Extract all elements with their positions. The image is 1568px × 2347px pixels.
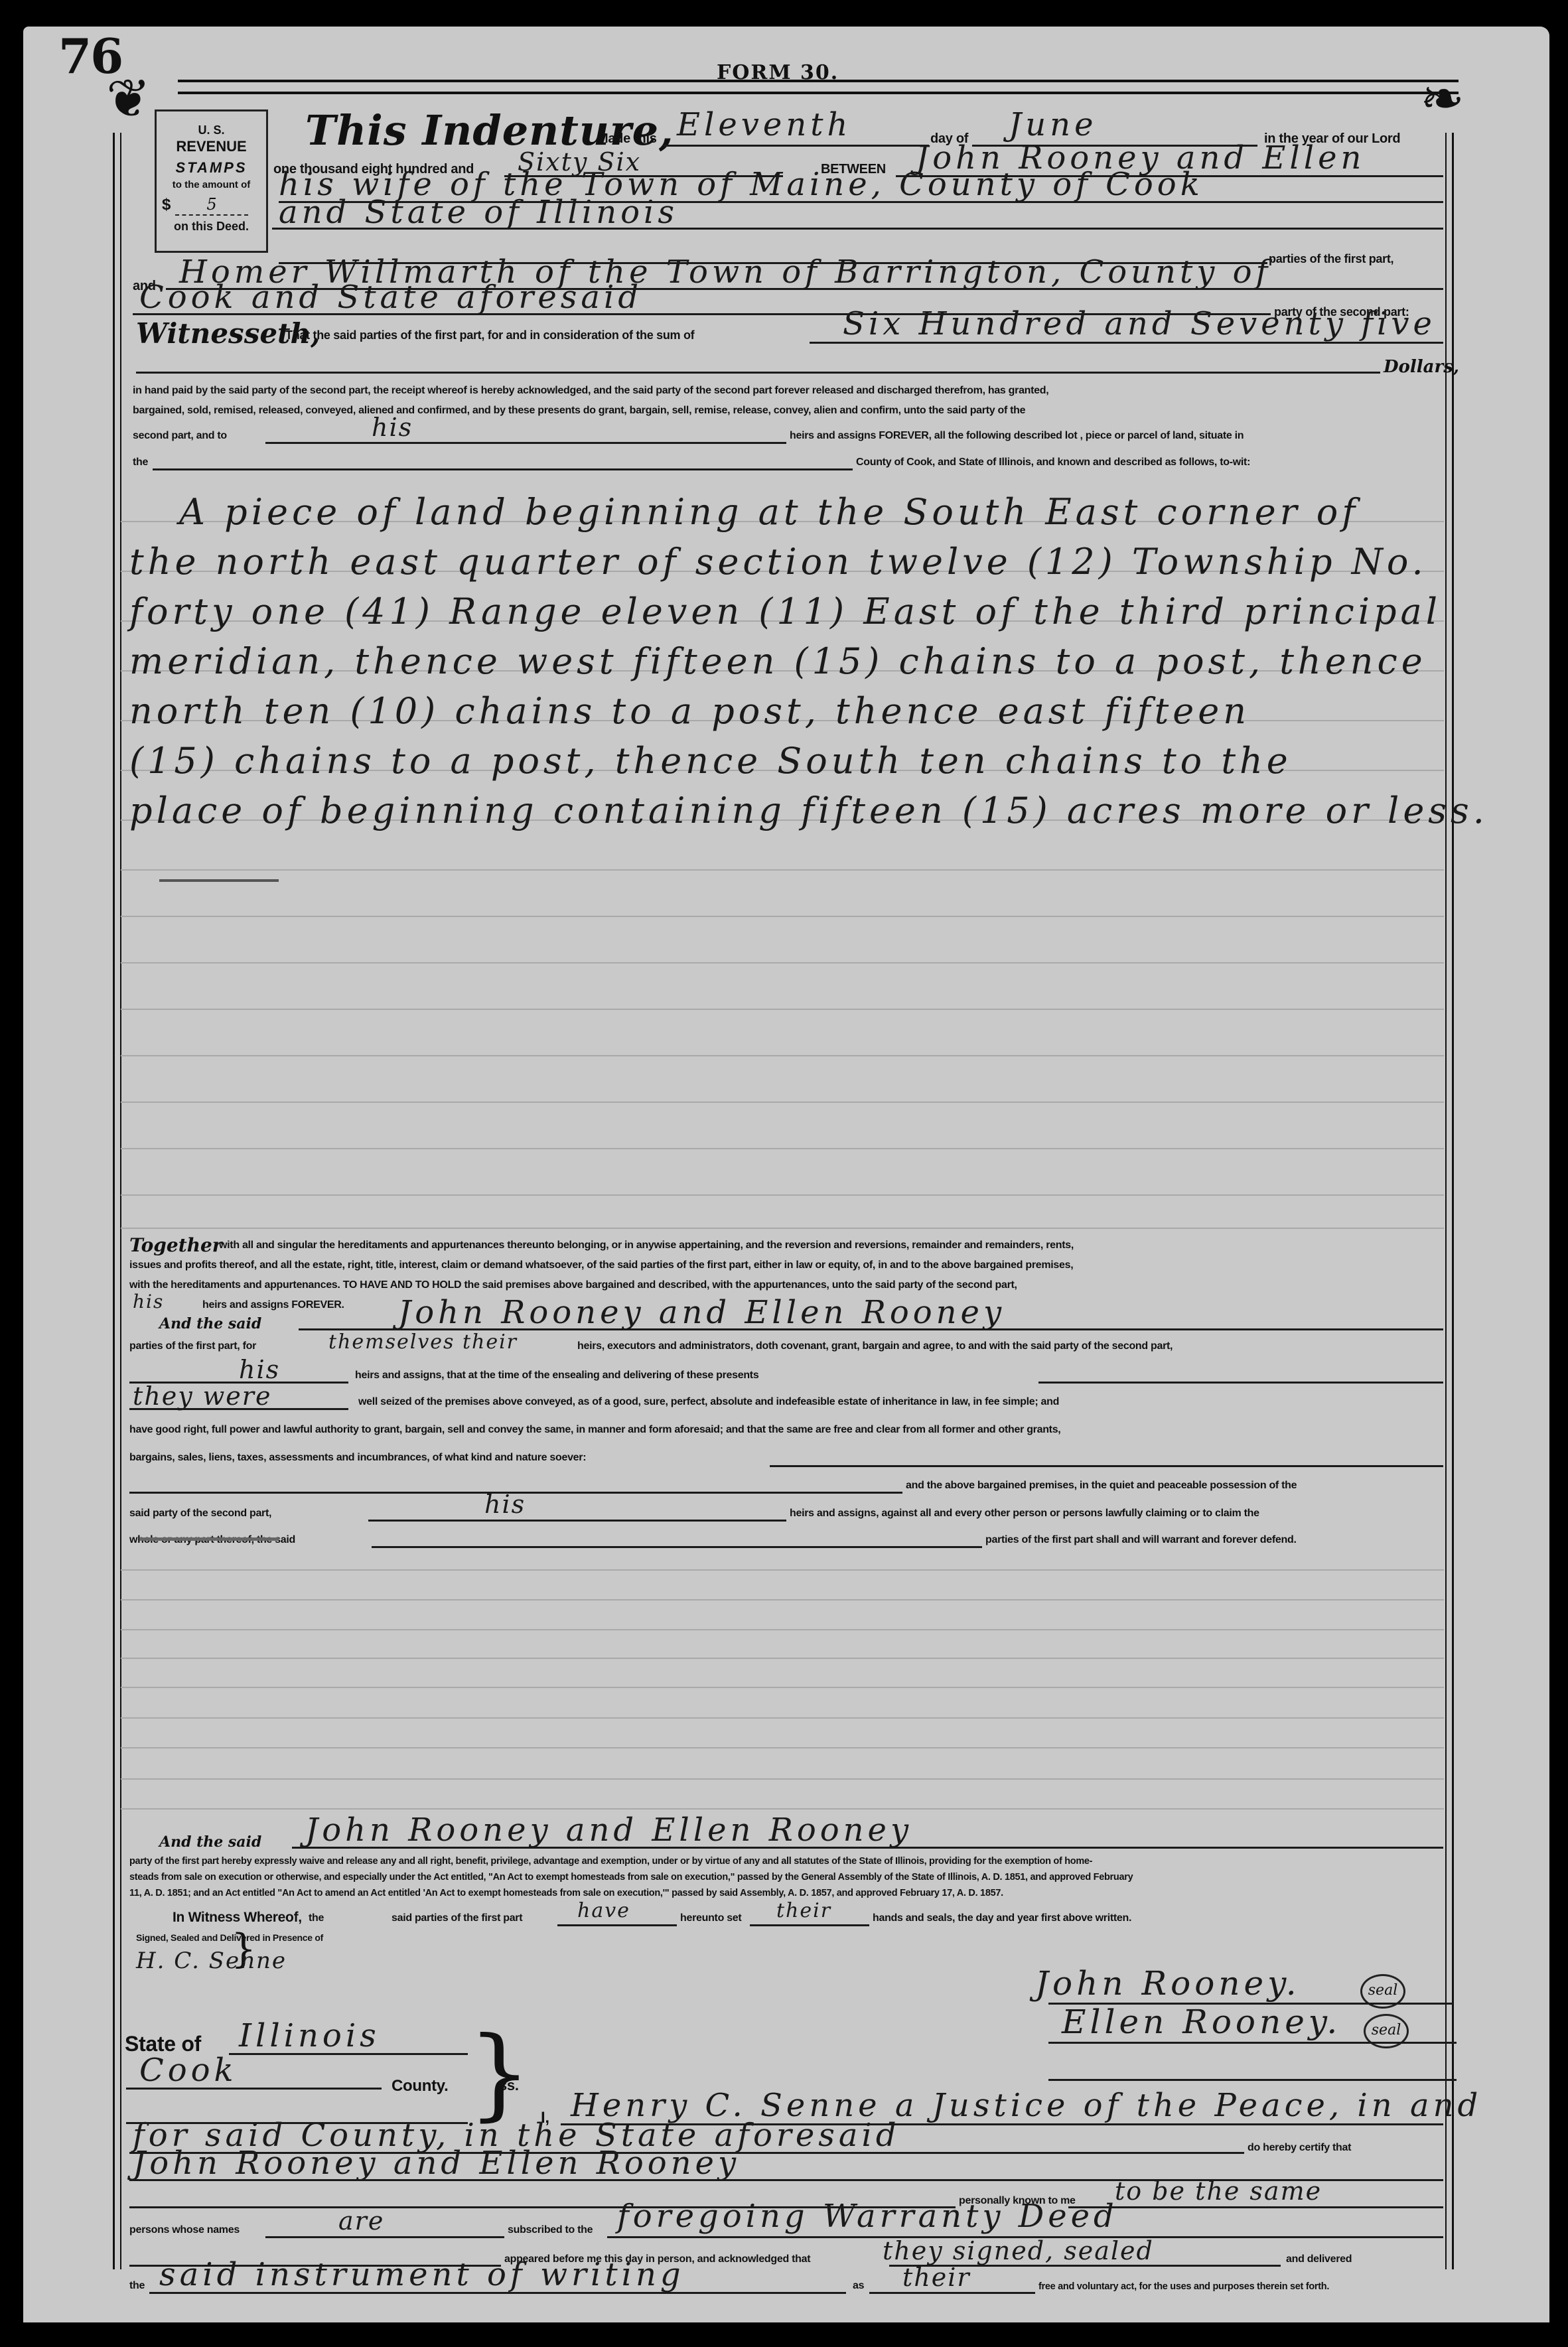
homestead-line-3: 11, A. D. 1851; and an Act entitled "An … bbox=[129, 1888, 1003, 1898]
ruled-line bbox=[121, 1658, 1444, 1659]
are-value: are bbox=[338, 2206, 384, 2236]
ruled-line bbox=[121, 1569, 1444, 1571]
end-stroke bbox=[139, 1537, 279, 1541]
second-party-residence: Cook and State aforesaid bbox=[139, 279, 642, 316]
together-line-10: bargains, sales, liens, taxes, assessmen… bbox=[129, 1452, 586, 1464]
together-line-11: and the above bargained premises, in the… bbox=[906, 1480, 1297, 1492]
their-act-field-line bbox=[869, 2292, 1035, 2294]
persons-value: John Rooney and Ellen Rooney bbox=[133, 2145, 740, 2182]
ruled-line bbox=[121, 1148, 1444, 1149]
ruled-line bbox=[121, 1599, 1444, 1600]
description-line: (15) chains to a post, thence South ten … bbox=[129, 740, 1292, 782]
ruled-line bbox=[121, 869, 1444, 871]
ruled-line bbox=[121, 1194, 1444, 1196]
day-field-line bbox=[664, 145, 929, 147]
county-label: County. bbox=[392, 2077, 448, 2096]
dollars-label: Dollars, bbox=[1384, 357, 1459, 377]
together-line-3: with the hereditaments and appurtenances… bbox=[129, 1279, 1017, 1291]
stamp-line-amount-label: to the amount of bbox=[157, 179, 266, 191]
stamp-line-us: U. S. bbox=[157, 123, 266, 138]
heirs-value: his bbox=[372, 413, 413, 442]
ruled-line bbox=[121, 962, 1444, 963]
subscribed-label: subscribed to the bbox=[508, 2224, 593, 2236]
certify-label: do hereby certify that bbox=[1247, 2142, 1351, 2154]
homestead-grantors-value: John Rooney and Ellen Rooney bbox=[305, 1812, 912, 1849]
and-the-said-label: And the said bbox=[159, 1315, 261, 1332]
signed-sealed-label: Signed, Sealed and Delivered in Presence… bbox=[136, 1932, 323, 1943]
they-signed-value: they signed, sealed bbox=[883, 2236, 1154, 2265]
witness-whereof-text-3: hands and seals, the day and year first … bbox=[873, 1912, 1131, 1924]
stamp-line-deed: on this Deed. bbox=[157, 220, 266, 234]
together-heading: Together bbox=[129, 1234, 222, 1256]
known-field-line bbox=[1068, 2206, 1443, 2208]
witnesseth-para-4-prefix: the bbox=[133, 457, 148, 468]
together-line-7: heirs and assigns, that at the time of t… bbox=[355, 1370, 758, 1382]
ruled-line bbox=[121, 1102, 1444, 1103]
together-his-value: his bbox=[239, 1355, 280, 1384]
instrument-value: said instrument of writing bbox=[159, 2256, 685, 2293]
witness-whereof-text-1: said parties of the first part bbox=[392, 1912, 522, 1924]
sum-field-line-2 bbox=[136, 372, 1380, 374]
frame-top-border bbox=[178, 80, 1459, 94]
together-line-6-prefix: parties of the first part, for bbox=[129, 1340, 256, 1352]
witness-signature: H. C. Senne bbox=[136, 1948, 287, 1974]
themselves-value: themselves their bbox=[328, 1330, 518, 1354]
witnesseth-para-2: bargained, sold, remised, released, conv… bbox=[133, 405, 1025, 417]
signature-line-3 bbox=[1048, 2079, 1457, 2081]
ruled-line bbox=[121, 1717, 1444, 1719]
dollar-sign: $ bbox=[162, 196, 171, 214]
witness-whereof-heading: In Witness Whereof, bbox=[173, 1910, 302, 1926]
witnesseth-para-1: in hand paid by the said party of the se… bbox=[133, 385, 1048, 397]
homestead-and-the-said-label: And the said bbox=[159, 1833, 261, 1851]
revenue-stamp-box: U. S. REVENUE STAMPS to the amount of $ … bbox=[155, 109, 268, 253]
description-line: forty one (41) Range eleven (11) East of… bbox=[129, 591, 1441, 632]
their-act-value: their bbox=[902, 2263, 971, 2292]
corner-flourish-icon: ❧ bbox=[1420, 73, 1464, 126]
day-value: Eleventh bbox=[677, 106, 851, 143]
ruled-line bbox=[121, 1009, 1444, 1010]
ruled-line bbox=[121, 1778, 1444, 1780]
witnesseth-para-3-suffix: heirs and assigns FOREVER, all the follo… bbox=[790, 430, 1244, 442]
description-line: the north east quarter of section twelve… bbox=[129, 541, 1427, 583]
ruled-line bbox=[121, 1055, 1444, 1056]
heirs-field-line bbox=[265, 442, 786, 444]
month-value: June bbox=[1009, 106, 1097, 143]
ruled-line bbox=[121, 1687, 1444, 1688]
together-line-6-suffix: heirs, executors and administrators, dot… bbox=[577, 1340, 1173, 1352]
ss-brace: } bbox=[468, 2024, 531, 2123]
together-line-12-prefix: said party of the second part, bbox=[129, 1508, 271, 1520]
county-value: Cook bbox=[139, 2052, 238, 2089]
soever-field-line bbox=[770, 1465, 1443, 1467]
deed-value: foregoing Warranty Deed bbox=[617, 2198, 1118, 2235]
witness-whereof-text-2: hereunto set bbox=[680, 1912, 741, 1924]
as-label: as bbox=[853, 2280, 864, 2292]
his-field-line-3 bbox=[368, 1520, 786, 1522]
they-were-value: they were bbox=[133, 1382, 271, 1411]
frame-right-border bbox=[1445, 133, 1454, 2269]
together-line-2: issues and profits thereof, and all the … bbox=[129, 1259, 1073, 1271]
together-line-13-suffix: parties of the first part shall and will… bbox=[985, 1534, 1297, 1546]
grantors-value: John Rooney and Ellen Rooney bbox=[398, 1294, 1005, 1331]
delivered-label: and delivered bbox=[1286, 2253, 1352, 2265]
witnesseth-text: That the said parties of the first part,… bbox=[285, 328, 694, 342]
are-field-line bbox=[265, 2236, 504, 2238]
signature-line-2 bbox=[1048, 2042, 1457, 2044]
ruled-line bbox=[121, 1228, 1444, 1229]
witnesseth-para-3-prefix: second part, and to bbox=[133, 430, 227, 442]
have-value: have bbox=[577, 1899, 630, 1922]
homestead-line-2: steads from sale on execution or otherwi… bbox=[129, 1872, 1133, 1883]
together-his-value-2: his bbox=[484, 1490, 526, 1519]
signature-john-rooney: John Rooney. bbox=[1035, 1964, 1301, 2003]
the-label: the bbox=[129, 2280, 145, 2292]
presents-field-line bbox=[1038, 1382, 1443, 1384]
witnesseth-para-4-suffix: County of Cook, and State of Illinois, a… bbox=[856, 457, 1250, 468]
together-line-12-suffix: heirs and assigns, against all and every… bbox=[790, 1508, 1259, 1520]
their-value: their bbox=[776, 1899, 831, 1922]
ruled-line bbox=[121, 1629, 1444, 1630]
warrant-field-line bbox=[372, 1546, 982, 1548]
together-heirs-value: his bbox=[133, 1291, 164, 1313]
sum-value: Six Hundred and Seventy five bbox=[843, 305, 1436, 342]
free-act-label: free and voluntary act, for the uses and… bbox=[1038, 2281, 1329, 2292]
description-line: north ten (10) chains to a post, thence … bbox=[129, 690, 1250, 732]
ss-label: ss. bbox=[499, 2077, 519, 2094]
ruled-line bbox=[121, 916, 1444, 917]
ruled-line bbox=[121, 1747, 1444, 1748]
location-field-line bbox=[153, 468, 853, 470]
state-value: Illinois bbox=[239, 2017, 380, 2054]
first-party-label: parties of the first part, bbox=[1269, 252, 1393, 266]
together-line-1: with all and singular the hereditaments … bbox=[219, 1240, 1074, 1251]
homestead-line-1: party of the first part hereby expressly… bbox=[129, 1856, 1092, 1867]
have-field-line bbox=[557, 1924, 677, 1926]
stamp-amount: 5 bbox=[175, 195, 248, 216]
witness-whereof-the: the bbox=[309, 1912, 324, 1924]
together-line-4: heirs and assigns FOREVER. bbox=[202, 1299, 344, 1311]
corner-flourish-icon: ❦ bbox=[106, 73, 151, 126]
description-line: meridian, thence west fifteen (15) chain… bbox=[129, 640, 1427, 682]
stamp-line-stamps: STAMPS bbox=[157, 159, 266, 177]
together-line-9: have good right, full power and lawful a… bbox=[129, 1424, 1060, 1436]
their-field-line bbox=[750, 1924, 869, 1926]
known-value: to be the same bbox=[1115, 2176, 1322, 2206]
signature-ellen-rooney: Ellen Rooney. bbox=[1062, 2003, 1341, 2041]
description-line: place of beginning containing fifteen (1… bbox=[129, 790, 1488, 831]
frame-left-border bbox=[113, 133, 121, 2269]
scan-bottom-edge bbox=[0, 2322, 1568, 2347]
made-this-label: Made this bbox=[597, 131, 657, 147]
end-stroke bbox=[159, 879, 279, 882]
first-party-state: and State of Illinois bbox=[279, 194, 678, 231]
person-label: persons whose names bbox=[129, 2224, 240, 2236]
stamp-line-revenue: REVENUE bbox=[157, 138, 266, 155]
together-line-8: well seized of the premises above convey… bbox=[358, 1396, 1059, 1408]
description-line: A piece of land beginning at the South E… bbox=[179, 491, 1359, 533]
ruled-line bbox=[121, 1808, 1444, 1810]
